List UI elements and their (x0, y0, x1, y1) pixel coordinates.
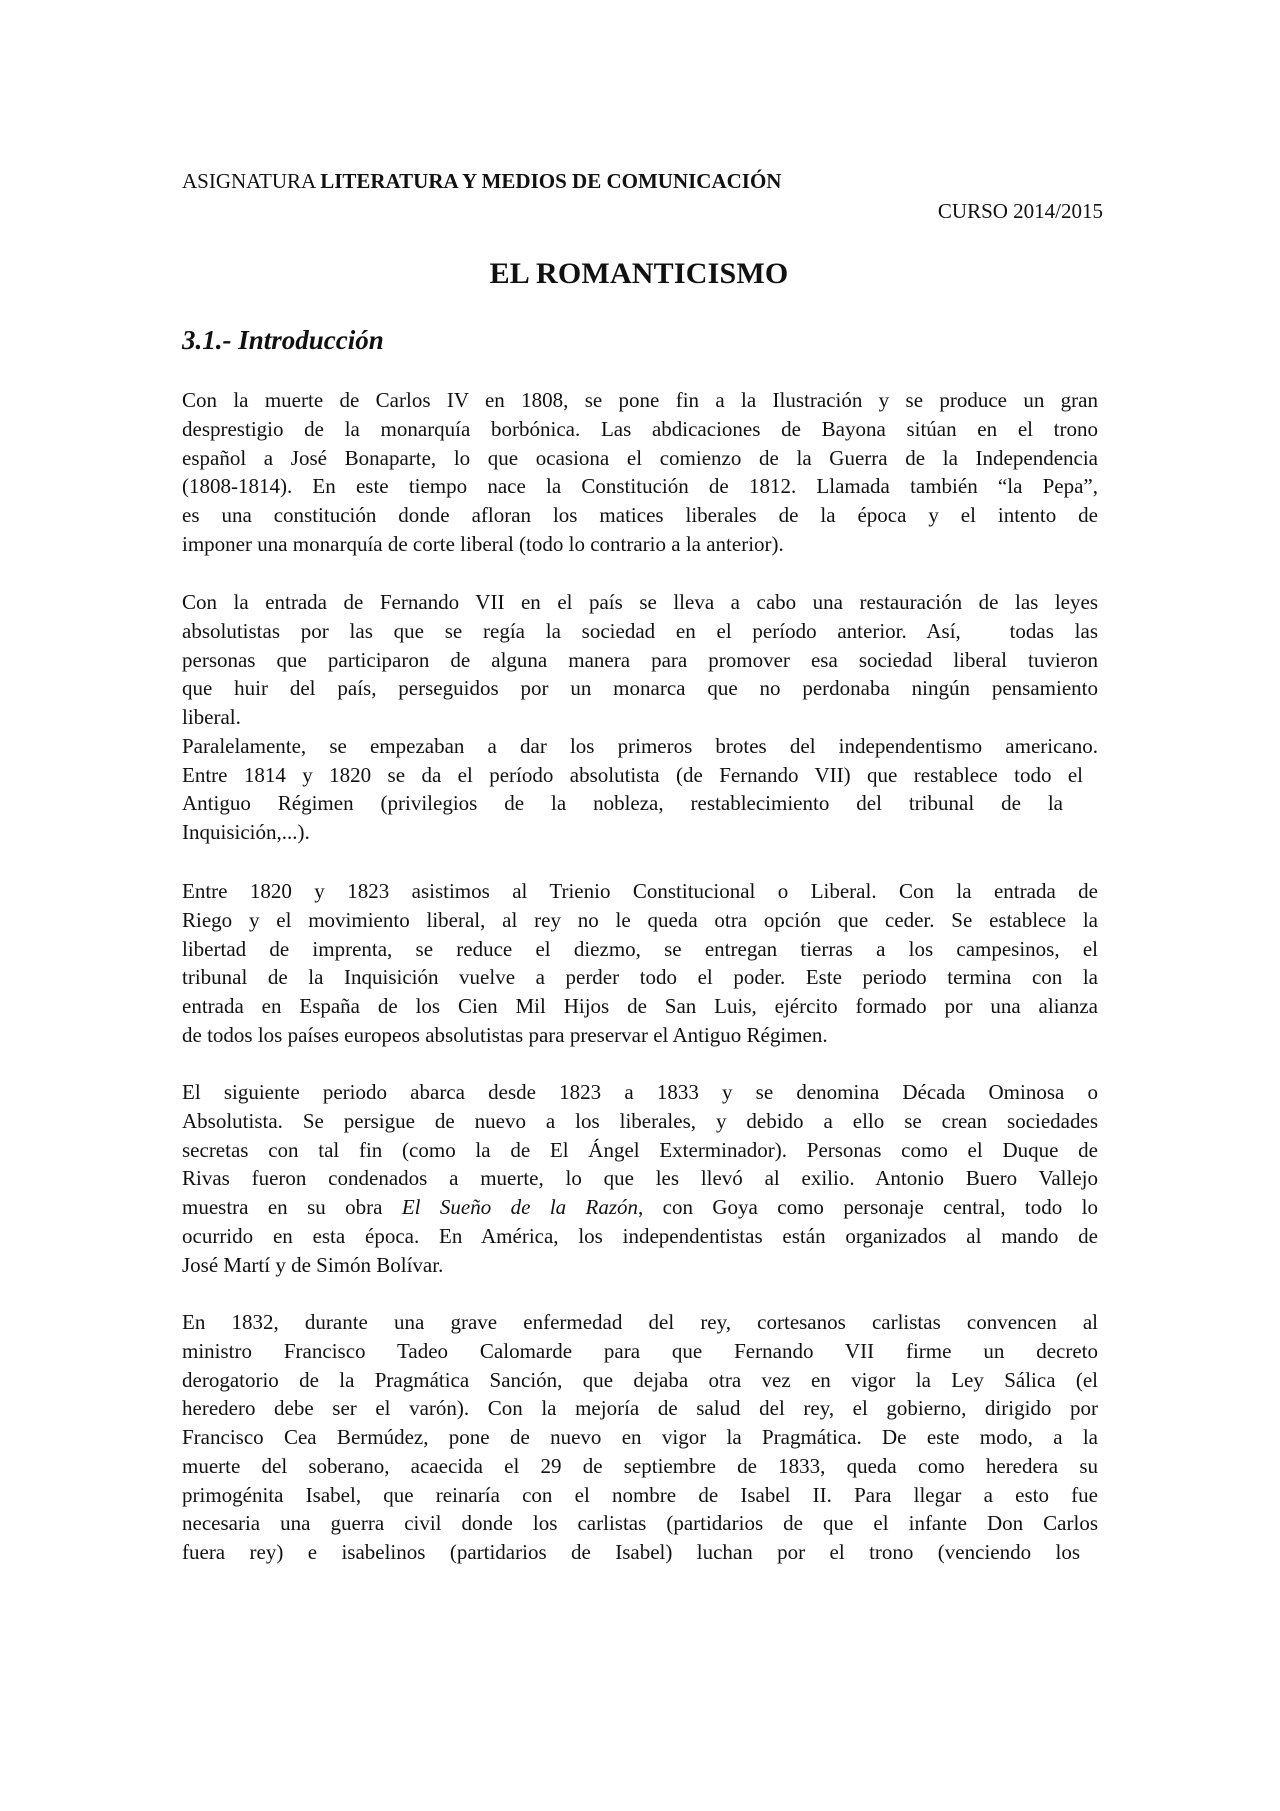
text-line: absolutistas por las que se regía la soc… (182, 617, 1098, 646)
document-page: ASIGNATURALITERATURA Y MEDIOS DE COMUNIC… (0, 0, 1280, 1811)
text-line: que huir del país, perseguidos por un mo… (182, 674, 1098, 703)
book-title: El Sueño de la Razón (402, 1195, 638, 1219)
document-title-text: EL ROMANTICISMO (490, 257, 789, 290)
text-line: Antiguo Régimen (privilegios de la noble… (182, 789, 1063, 818)
text-line: personas que participaron de alguna mane… (182, 646, 1098, 675)
text-line: necesaria una guerra civil donde los car… (182, 1509, 1098, 1538)
text-line: Con la entrada de Fernando VII en el paí… (182, 588, 1098, 617)
section-heading: 3.1.- Introducción (182, 324, 384, 356)
text-line: muerte del soberano, acaecida el 29 de s… (182, 1452, 1098, 1481)
course-year: CURSO 2014/2015 (938, 198, 1103, 224)
paragraph-2: Con la entrada de Fernando VII en el paí… (182, 588, 1098, 847)
paragraph-1: Con la muerte de Carlos IV en 1808, se p… (182, 386, 1098, 559)
text-line: libertad de imprenta, se reduce el diezm… (182, 935, 1098, 964)
text-line: José Martí y de Simón Bolívar. (182, 1251, 1098, 1280)
text-line: de todos los países europeos absolutista… (182, 1021, 1098, 1050)
text-line: tribunal de la Inquisición vuelve a perd… (182, 963, 1098, 992)
paragraph-3: Entre 1820 y 1823 asistimos al Trienio C… (182, 877, 1098, 1050)
text-line: heredero debe ser el varón). Con la mejo… (182, 1394, 1098, 1423)
text-line: es una constitución donde afloran los ma… (182, 501, 1098, 530)
text-segment: todas las (1010, 619, 1098, 643)
text-line: secretas con tal fin (como la de El Ánge… (182, 1136, 1098, 1165)
text-line: Entre 1814 y 1820 se da el período absol… (182, 761, 1083, 790)
text-line: (1808-1814). En este tiempo nace la Cons… (182, 472, 1098, 501)
text-line: español a José Bonaparte, lo que ocasion… (182, 444, 1098, 473)
text-segment: muestra en su obra (182, 1195, 402, 1219)
text-line: muestra en su obra El Sueño de la Razón,… (182, 1193, 1098, 1222)
text-line: fuera rey) e isabelinos (partidarios de … (182, 1538, 1080, 1567)
text-line: Francisco Cea Bermúdez, pone de nuevo en… (182, 1423, 1098, 1452)
paragraph-5: En 1832, durante una grave enfermedad de… (182, 1308, 1098, 1567)
subject-header: ASIGNATURALITERATURA Y MEDIOS DE COMUNIC… (182, 168, 781, 194)
text-line: primogénita Isabel, que reinaría con el … (182, 1481, 1098, 1510)
text-line: Inquisición,...). (182, 818, 1098, 847)
text-segment: , con Goya como personaje central, todo … (638, 1195, 1098, 1219)
text-line: Riego y el movimiento liberal, al rey no… (182, 906, 1098, 935)
subject-name: LITERATURA Y MEDIOS DE COMUNICACIÓN (320, 169, 781, 193)
text-line: liberal. (182, 703, 1098, 732)
text-line: Rivas fueron condenados a muerte, lo que… (182, 1164, 1098, 1193)
text-line: ocurrido en esta época. En América, los … (182, 1222, 1098, 1251)
text-line: Paralelamente, se empezaban a dar los pr… (182, 732, 1098, 761)
text-line: imponer una monarquía de corte liberal (… (182, 530, 1098, 559)
text-line: derogatorio de la Pragmática Sanción, qu… (182, 1366, 1098, 1395)
subject-label: ASIGNATURA (182, 169, 316, 193)
paragraph-4: El siguiente periodo abarca desde 1823 a… (182, 1078, 1098, 1279)
text-line: Entre 1820 y 1823 asistimos al Trienio C… (182, 877, 1098, 906)
text-segment: absolutistas por las que se regía la soc… (182, 619, 961, 643)
text-line: entrada en España de los Cien Mil Hijos … (182, 992, 1098, 1021)
document-title: EL ROMANTICISMO (0, 257, 1280, 291)
text-line: Absolutista. Se persigue de nuevo a los … (182, 1107, 1098, 1136)
text-line: En 1832, durante una grave enfermedad de… (182, 1308, 1098, 1337)
text-line: ministro Francisco Tadeo Calomarde para … (182, 1337, 1098, 1366)
text-line: El siguiente periodo abarca desde 1823 a… (182, 1078, 1098, 1107)
text-line: desprestigio de la monarquía borbónica. … (182, 415, 1098, 444)
text-line: Con la muerte de Carlos IV en 1808, se p… (182, 386, 1098, 415)
